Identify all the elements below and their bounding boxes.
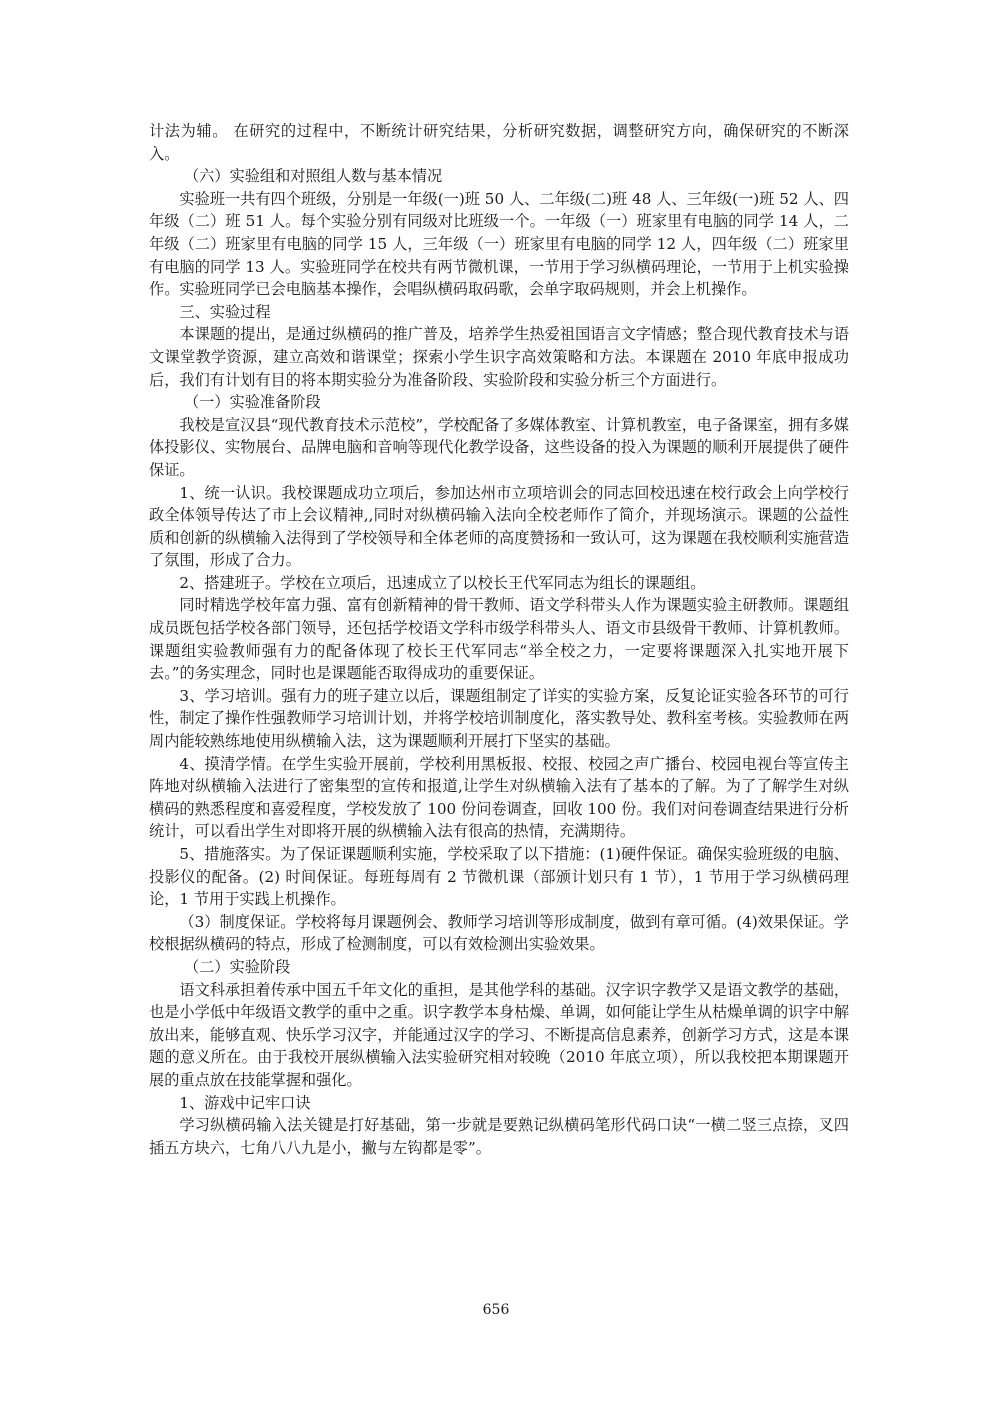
section-heading-experiment-stage: （二）实验阶段 [149, 956, 849, 979]
section-heading-preparation: （一）实验准备阶段 [149, 391, 849, 414]
paragraph-mnemonic: 学习纵横码输入法关键是打好基础，第一步就是要熟记纵横码笔形代码口诀“一横二竖三点… [149, 1114, 849, 1159]
paragraph-measures: 5、措施落实。为了保证课题顺利实施，学校采取了以下措施：(1)硬件保证。确保实验… [149, 843, 849, 911]
page-number: 656 [0, 1302, 992, 1318]
paragraph-student-survey: 4、摸清学情。在学生实验开展前，学校利用黑板报、校报、校园之声广播台、校园电视台… [149, 753, 849, 843]
paragraph-class-info: 实验班一共有四个班级，分别是一年级(一)班 50 人、二年级(二)班 48 人、… [149, 188, 849, 301]
paragraph-build-team: 2、搭建班子。学校在立项后，迅速成立了以校长王代军同志为组长的课题组。 [149, 572, 849, 595]
document-page: 计法为辅。 在研究的过程中，不断统计研究结果，分析研究数据，调整研究方向，确保研… [149, 120, 849, 1159]
section-heading-experiment-groups: （六）实验组和对照组人数与基本情况 [149, 165, 849, 188]
paragraph-team-members: 同时精选学校年富力强、富有创新精神的骨干教师、语文学科带头人作为课题实验主研教师… [149, 594, 849, 684]
paragraph-training: 3、学习培训。强有力的班子建立以后，课题组制定了详实的实验方案，反复论证实验各环… [149, 685, 849, 753]
section-heading-experiment-process: 三、实验过程 [149, 301, 849, 324]
paragraph-school-equipment: 我校是宣汉县“现代教育技术示范校”，学校配备了多媒体教室、计算机教室，电子备课室… [149, 414, 849, 482]
paragraph-measures-continued: （3）制度保证。学校将每月课题例会、教师学习培训等形成制度，做到有章可循。(4)… [149, 911, 849, 956]
paragraph-chinese-literacy: 语文科承担着传承中国五千年文化的重担，是其他学科的基础。汉字识字教学又是语文教学… [149, 979, 849, 1092]
section-heading-game-memorize: 1、游戏中记牢口诀 [149, 1092, 849, 1115]
paragraph-intro: 本课题的提出，是通过纵横码的推广普及，培养学生热爱祖国语言文字情感；整合现代教育… [149, 323, 849, 391]
paragraph-unify-understanding: 1、统一认识。我校课题成功立项后，参加达州市立项培训会的同志回校迅速在校行政会上… [149, 482, 849, 572]
paragraph-continuation: 计法为辅。 在研究的过程中，不断统计研究结果，分析研究数据，调整研究方向，确保研… [149, 120, 849, 165]
